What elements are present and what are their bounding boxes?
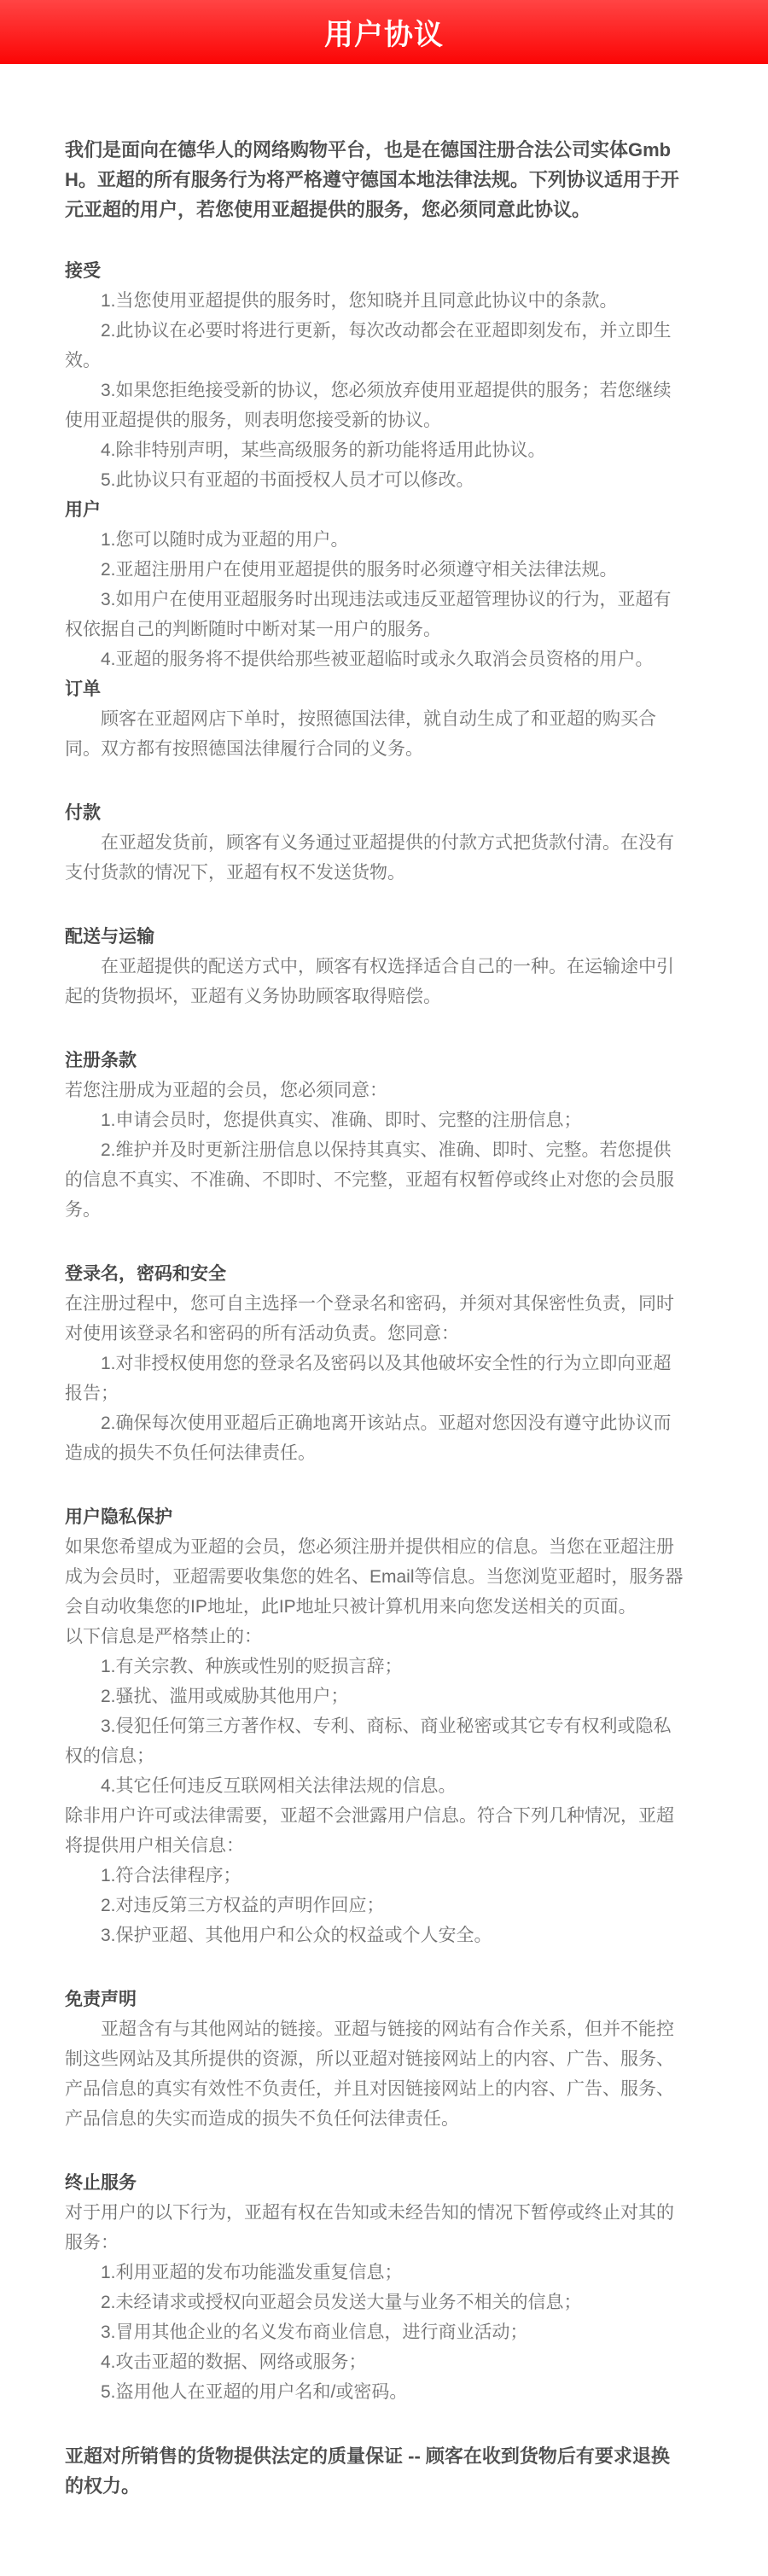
page-header: 用户协议 — [0, 0, 768, 64]
section-heading-order: 订单 — [65, 674, 686, 704]
list-item: 3.冒用其他企业的名义发布商业信息，进行商业活动； — [65, 2317, 686, 2347]
paragraph: 以下信息是严格禁止的： — [65, 1622, 686, 1652]
list-item: 3.保护亚超、其他用户和公众的权益或个人安全。 — [65, 1920, 686, 1950]
section-heading-termination: 终止服务 — [65, 2168, 686, 2198]
page-title: 用户协议 — [324, 11, 444, 53]
section-heading-registration: 注册条款 — [65, 1046, 686, 1075]
paragraph: 如果您希望成为亚超的会员，您必须注册并提供相应的信息。当您在亚超注册成为会员时，… — [65, 1532, 686, 1622]
section-heading-disclaimer: 免责声明 — [65, 1984, 686, 2014]
list-item: 3.如果您拒绝接受新的协议，您必须放弃使用亚超提供的服务；若您继续使用亚超提供的… — [65, 376, 686, 435]
section-user: 用户 1.您可以随时成为亚超的用户。 2.亚超注册用户在使用亚超提供的服务时必须… — [65, 495, 686, 674]
section-shipping: 配送与运输 在亚超提供的配送方式中，顾客有权选择适合自己的一种。在运输途中引起的… — [65, 922, 686, 1011]
section-heading-shipping: 配送与运输 — [65, 922, 686, 952]
list-item: 1.有关宗教、种族或性别的贬损言辞； — [65, 1652, 686, 1681]
list-item: 2.此协议在必要时将进行更新，每次改动都会在亚超即刻发布，并立即生效。 — [65, 316, 686, 376]
list-item: 3.如用户在使用亚超服务时出现违法或违反亚超管理协议的行为，亚超有权依据自己的判… — [65, 585, 686, 644]
section-payment: 付款 在亚超发货前，顾客有义务通过亚超提供的付款方式把货款付清。在没有支付货款的… — [65, 798, 686, 888]
intro-paragraph: 我们是面向在德华人的网络购物平台，也是在德国注册合法公司实体GmbH。亚超的所有… — [65, 135, 686, 224]
section-heading-payment: 付款 — [65, 798, 686, 828]
list-item: 4.攻击亚超的数据、网络或服务； — [65, 2347, 686, 2377]
list-item: 4.其它任何违反互联网相关法律法规的信息。 — [65, 1771, 686, 1801]
paragraph: 在注册过程中，您可自主选择一个登录名和密码，并须对其保密性负责，同时对使用该登录… — [65, 1289, 686, 1349]
list-item: 2.未经请求或授权向亚超会员发送大量与业务不相关的信息； — [65, 2288, 686, 2317]
list-item: 1.申请会员时，您提供真实、准确、即时、完整的注册信息； — [65, 1105, 686, 1135]
list-item: 5.盗用他人在亚超的用户名和/或密码。 — [65, 2377, 686, 2407]
paragraph: 在亚超发货前，顾客有义务通过亚超提供的付款方式把货款付清。在没有支付货款的情况下… — [65, 828, 686, 888]
list-item: 4.除非特别声明，某些高级服务的新功能将适用此协议。 — [65, 435, 686, 465]
paragraph: 若您注册成为亚超的会员，您必须同意： — [65, 1075, 686, 1105]
section-privacy: 用户隐私保护 如果您希望成为亚超的会员，您必须注册并提供相应的信息。当您在亚超注… — [65, 1502, 686, 1950]
section-registration: 注册条款 若您注册成为亚超的会员，您必须同意： 1.申请会员时，您提供真实、准确… — [65, 1046, 686, 1225]
list-item: 2.亚超注册用户在使用亚超提供的服务时必须遵守相关法律法规。 — [65, 555, 686, 585]
paragraph: 亚超含有与其他网站的链接。亚超与链接的网站有合作关系，但并不能控制这些网站及其所… — [65, 2014, 686, 2134]
list-item: 1.对非授权使用您的登录名及密码以及其他破坏安全性的行为立即向亚超报告； — [65, 1349, 686, 1408]
list-item: 3.侵犯任何第三方著作权、专利、商标、商业秘密或其它专有权利或隐私权的信息； — [65, 1711, 686, 1771]
section-heading-user: 用户 — [65, 495, 686, 525]
section-termination: 终止服务 对于用户的以下行为，亚超有权在告知或未经告知的情况下暂停或终止对其的服… — [65, 2168, 686, 2407]
paragraph: 对于用户的以下行为，亚超有权在告知或未经告知的情况下暂停或终止对其的服务： — [65, 2198, 686, 2258]
list-item: 1.符合法律程序； — [65, 1861, 686, 1891]
section-disclaimer: 免责声明 亚超含有与其他网站的链接。亚超与链接的网站有合作关系，但并不能控制这些… — [65, 1984, 686, 2134]
section-heading-privacy: 用户隐私保护 — [65, 1502, 686, 1532]
list-item: 4.亚超的服务将不提供给那些被亚超临时或永久取消会员资格的用户。 — [65, 644, 686, 674]
section-heading-accept: 接受 — [65, 256, 686, 286]
list-item: 1.利用亚超的发布功能滥发重复信息； — [65, 2258, 686, 2288]
quality-guarantee-note: 亚超对所销售的货物提供法定的质量保证 -- 顾客在收到货物后有要求退换的权力。 — [65, 2441, 686, 2501]
section-login-security: 登录名，密码和安全 在注册过程中，您可自主选择一个登录名和密码，并须对其保密性负… — [65, 1259, 686, 1468]
list-item: 2.维护并及时更新注册信息以保持其真实、准确、即时、完整。若您提供的信息不真实、… — [65, 1135, 686, 1225]
list-item: 1.您可以随时成为亚超的用户。 — [65, 525, 686, 555]
list-item: 1.当您使用亚超提供的服务时，您知晓并且同意此协议中的条款。 — [65, 286, 686, 316]
agreement-content: 我们是面向在德华人的网络购物平台，也是在德国注册合法公司实体GmbH。亚超的所有… — [0, 64, 768, 2546]
paragraph: 在亚超提供的配送方式中，顾客有权选择适合自己的一种。在运输途中引起的货物损坏，亚… — [65, 952, 686, 1011]
section-order: 订单 顾客在亚超网店下单时，按照德国法律，就自动生成了和亚超的购买合同。双方都有… — [65, 674, 686, 764]
list-item: 2.骚扰、滥用或威胁其他用户； — [65, 1681, 686, 1711]
paragraph: 顾客在亚超网店下单时，按照德国法律，就自动生成了和亚超的购买合同。双方都有按照德… — [65, 704, 686, 764]
list-item: 2.确保每次使用亚超后正确地离开该站点。亚超对您因没有遵守此协议而造成的损失不负… — [65, 1408, 686, 1468]
list-item: 5.此协议只有亚超的书面授权人员才可以修改。 — [65, 465, 686, 495]
paragraph: 除非用户许可或法律需要，亚超不会泄露用户信息。符合下列几种情况，亚超将提供用户相… — [65, 1801, 686, 1861]
list-item: 2.对违反第三方权益的声明作回应； — [65, 1891, 686, 1920]
section-heading-login-security: 登录名，密码和安全 — [65, 1259, 686, 1289]
section-accept: 接受 1.当您使用亚超提供的服务时，您知晓并且同意此协议中的条款。 2.此协议在… — [65, 256, 686, 495]
